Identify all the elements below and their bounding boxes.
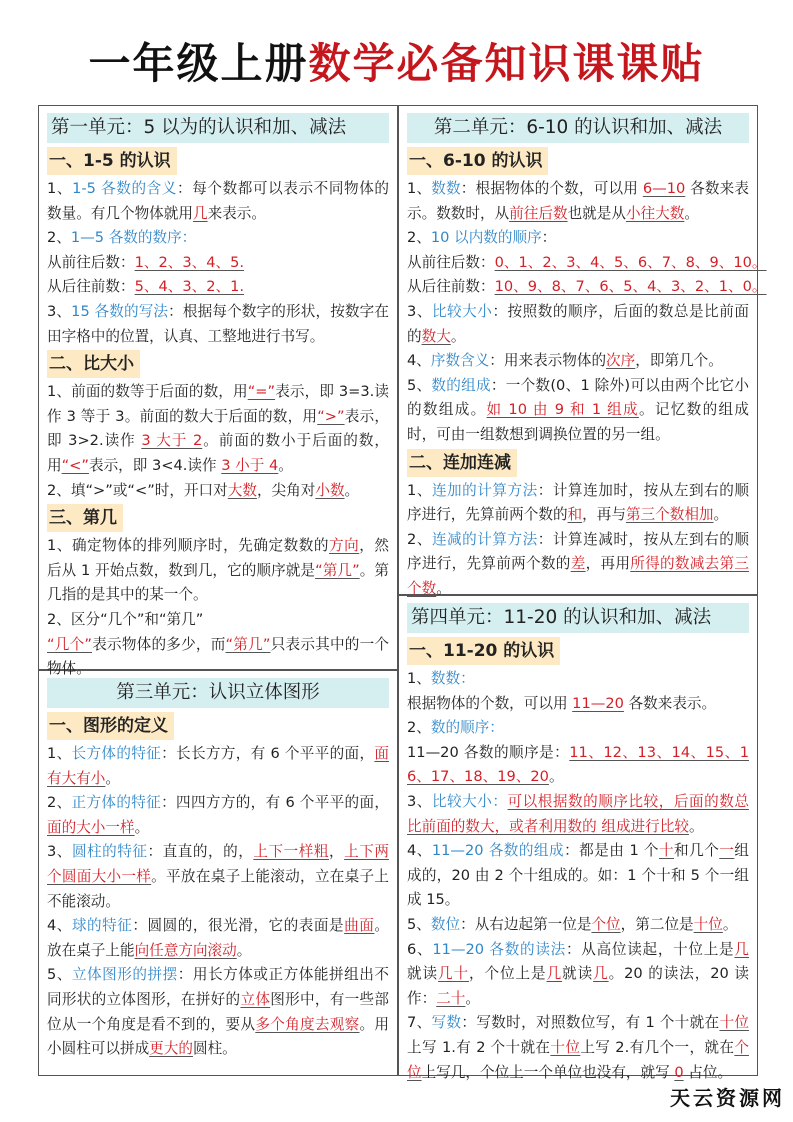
unit-2-addition-item: 1、连加的计算方法：计算连加时，按从左到右的顺序进行，先算前两个数的和，再与第三… [407,479,749,528]
unit-1-compare-item-1: 1、前面的数等于后面的数，用“=”表示，即 3=3.读作 3 等于 3。前面的数… [47,380,389,478]
answer: “=” [248,383,275,400]
keyword: 序数含义 [431,352,489,369]
keyword: 圆柱的特征 [72,843,148,860]
keyword: 正方体的特征 [72,794,162,811]
keyword: 数数 [431,670,460,687]
answer: 多个角度去观察 [255,1016,359,1033]
answer: 十 [659,842,674,859]
answer: 3 小于 4 [221,457,278,474]
unit-3-section-1-heading: 一、图形的定义 [47,712,174,740]
unit-4-item-6: 6、11—20 各数的读法：从高位读起，十位上是几就读几十，个位上是几就读几。2… [407,938,749,1012]
answer: 几 [593,965,609,982]
keyword: 10 以内数的顺序 [431,229,542,246]
unit-2-section-1-heading: 一、6-10 的认识 [407,147,548,175]
answer: 3 大于 2 [141,432,202,449]
answer: 二十 [436,990,465,1007]
answer: 0 [674,1064,683,1081]
unit-2-count-backward: 从后往前数：10、9、8、7、6、5、4、3、2、1、0。 [407,275,749,300]
unit-2-item-4: 4、序数含义：用来表示物体的次序，即第几个。 [407,349,749,374]
unit-1-panel: 第一单元：5 以为的认识和加、减法 一、1-5 的认识 1、1-5 各数的含义：… [39,106,397,669]
keyword: 1-5 各数的含义 [72,180,177,197]
answer: 前往后数 [509,205,567,222]
watermark: 天云资源网 [670,1082,785,1111]
answer: “几个” [47,636,92,653]
unit-1-title: 第一单元：5 以为的认识和加、减法 [47,113,389,143]
answer: 和 [568,506,583,523]
unit-1-compare-item-2: 2、填“>”或“<”时，开口对大数，尖角对小数。 [47,479,389,504]
unit-1-count-forward: 从前往后数：1、2、3、4、5. [47,251,389,276]
answer: 几 [193,205,208,222]
answer: 上下一样粗 [253,843,329,860]
unit-3-panel: 第三单元：认识立体图形 一、图形的定义 1、长方体的特征：长长方方，有 6 个平… [39,671,397,1075]
unit-1-item-3: 3、15 各数的写法：根据每个数字的形状，按数字在田字格中的位置，认真、工整地进… [47,300,389,349]
unit-2-panel: 第二单元：6-10 的认识和加、减法 一、6-10 的认识 1、数数：根据物体的… [399,106,757,594]
keyword: 数数 [431,180,461,197]
knowledge-sheet: 第一单元：5 以为的认识和加、减法 一、1-5 的认识 1、1-5 各数的含义：… [38,105,758,1076]
answer: 次序 [606,352,635,369]
unit-3-item-2: 2、正方体的特征：四四方方的，有 6 个平平的面，面的大小一样。 [47,791,389,840]
keyword: 写数 [432,1014,462,1031]
keyword: 连减的计算方法 [432,531,538,548]
unit-2-item-1: 1、数数：根据物体的个数，可以用 6—10 各数来表示。数数时，从前往后数也就是… [407,177,749,226]
title-subject: 数学必备知识课课贴 [309,39,705,88]
answer: 大数 [228,482,257,499]
unit-2-item-3: 3、比较大小：按照数的顺序，后面的数总是比前面的数大。 [407,300,749,349]
unit-4-item-4: 4、11—20 各数的组成：都是由 1 个十和几个一组成的，20 由 2 个十组… [407,839,749,913]
keyword: 数的组成 [431,377,490,394]
answer: 小往大数 [626,205,684,222]
answer: 一 [719,842,734,859]
unit-1-count-backward: 从后往前数：5、4、3、2、1. [47,275,389,300]
title-grade: 一年级上册 [88,39,308,88]
answer: 方向 [329,537,359,554]
answer: 如 10 由 9 和 1 组成 [487,401,639,418]
answer: “第几” [315,562,360,579]
keyword: 长方体的特征 [72,745,162,762]
answer: 立体 [240,991,270,1008]
keyword: 比较大小 [432,793,492,810]
keyword: 立体图形的拼摆 [72,966,178,983]
unit-2-title: 第二单元：6-10 的认识和加、减法 [407,113,749,143]
unit-2-subtraction-item: 2、连减的计算方法：计算连减时，按从左到右的顺序进行，先算前两个数的差，再用所得… [407,528,749,602]
answer: 6—10 [643,180,685,197]
unit-4-item-2-body: 11—20 各数的顺序是：11、12、13、14、15、16、17、18、19、… [407,741,749,790]
unit-1-section-2-heading: 二、比大小 [47,350,140,378]
unit-2-item-5: 5、数的组成：一个数(0、1 除外)可以由两个比它小的数组成。如 10 由 9 … [407,374,749,448]
answer: 几 [547,965,563,982]
answer: 更大的 [149,1040,193,1057]
unit-4-title: 第四单元：11-20 的认识和加、减法 [407,603,749,633]
answer: 个位 [591,916,620,933]
keyword: 15 各数的写法 [71,303,168,320]
keyword: 数的顺序 [431,719,489,736]
answer: 1、2、3、4、5. [135,254,244,271]
answer: 差 [571,555,586,572]
unit-2-count-forward: 从前往后数：0、1、2、3、4、5、6、7、8、9、10。 [407,251,749,276]
unit-4-item-7: 7、写数：写数时，对照数位写，有 1 个十就在十位上写 1.有 2 个十就在十位… [407,1011,749,1085]
unit-3-item-1: 1、长方体的特征：长长方方，有 6 个平平的面，面有大有小。 [47,742,389,791]
unit-4-item-2-heading: 2、数的顺序： [407,716,749,741]
answer: 十位 [550,1039,580,1056]
answer: 11—20 [572,695,624,712]
answer: “第几” [226,636,271,653]
answer: 面的大小一样 [47,819,135,836]
unit-4-item-1-body: 根据物体的个数，可以用 11—20 各数来表示。 [407,692,749,717]
keyword: 连加的计算方法 [432,482,538,499]
keyword: 球的特征 [72,917,132,934]
keyword: 1—5 各数的数序 [71,229,182,246]
unit-1-section-3-heading: 三、第几 [47,504,123,532]
answer: 小数 [315,482,344,499]
unit-3-title: 第三单元：认识立体图形 [47,678,389,708]
unit-3-item-3: 3、圆柱的特征：直直的，的，上下一样粗，上下两个圆面大小一样。平放在桌子上能滚动… [47,840,389,914]
answer: 0、1、2、3、4、5、6、7、8、9、10。 [495,254,767,271]
answer: 十位 [694,916,723,933]
page-title: 一年级上册数学必备知识课课贴 [0,36,793,92]
answer: 几 [734,941,749,958]
keyword: 数位 [431,916,460,933]
answer: “<” [62,457,89,474]
answer: 数大 [422,328,451,345]
unit-2-item-2: 2、10 以内数的顺序： [407,226,749,251]
unit-1-section-1-heading: 一、1-5 的认识 [47,147,177,175]
answer: 10、9、8、7、6、5、4、3、2、1、0。 [495,278,767,295]
answer: 十位 [719,1014,749,1031]
keyword: 11—20 各数的读法 [432,941,566,958]
unit-1-item-1: 1、1-5 各数的含义：每个数都可以表示不同物体的数量。有几个物体就用几来表示。 [47,177,389,226]
unit-2-section-2-heading: 二、连加连减 [407,449,517,477]
unit-4-section-1-heading: 一、11-20 的认识 [407,637,560,665]
unit-4-item-1-heading: 1、数数： [407,667,749,692]
answer: 曲面 [344,917,374,934]
answer: 第三个数相加 [626,506,714,523]
unit-3-item-5: 5、立体图形的拼摆：用长方体或正方体能拼组出不同形状的立体图形，在拼好的立体图形… [47,963,389,1061]
unit-1-item-2: 2、1—5 各数的数序： [47,226,389,251]
unit-4-panel: 第四单元：11-20 的认识和加、减法 一、11-20 的认识 1、数数： 根据… [399,596,757,1075]
unit-4-item-3: 3、比较大小：可以根据数的顺序比较，后面的数总比前面的数大，或者利用数的 组成进… [407,790,749,839]
unit-1-ordinal-item-1: 1、确定物体的排列顺序时，先确定数数的方向，然后从 1 开始点数，数到几，它的顺… [47,534,389,608]
answer: “>” [317,408,344,425]
answer: 几十 [438,965,469,982]
keyword: 比较大小 [432,303,493,320]
unit-3-item-4: 4、球的特征：圆圆的，很光滑，它的表面是曲面。放在桌子上能向任意方向滚动。 [47,914,389,963]
unit-4-item-5: 5、数位：从右边起第一位是个位，第二位是十位。 [407,913,749,938]
keyword: 11—20 各数的组成 [432,842,564,859]
answer: 5、4、3、2、1. [135,278,244,295]
answer: 向任意方向滚动 [135,942,237,959]
